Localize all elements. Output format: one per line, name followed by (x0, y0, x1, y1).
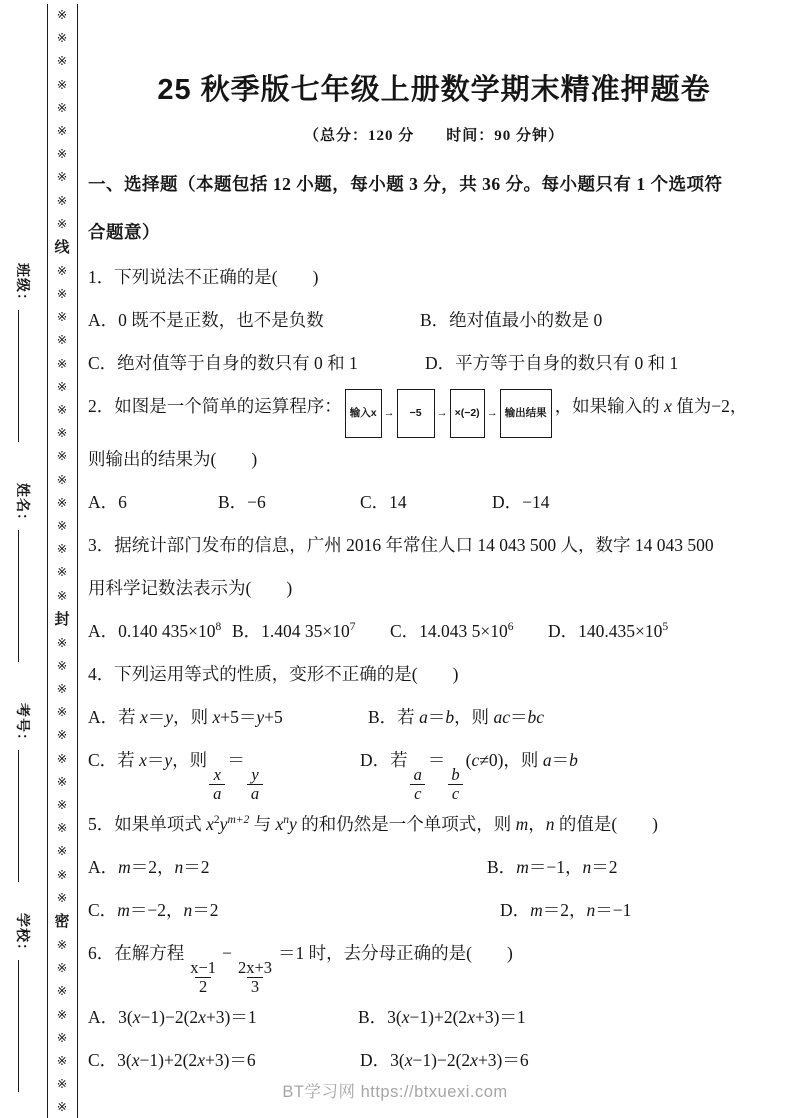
flow-box: ×(−2) (450, 389, 485, 438)
seal-word: 线 (54, 236, 69, 260)
text-run: ＝ (428, 707, 446, 727)
q2-option-d: D．−14 (492, 481, 550, 524)
text-run: B．3( (358, 1007, 402, 1027)
fraction-numerator: x (210, 766, 225, 784)
math-variable: ac (493, 707, 510, 727)
text-run: B． (487, 857, 516, 877)
seal-mark: ※ (57, 329, 67, 352)
seal-mark: ※ (57, 27, 67, 50)
content: 25 秋季版七年级上册数学期末精准押题卷 （总分：120 分 时间：90 分钟）… (88, 0, 780, 1082)
footer-url: https://btxuexi.com (361, 1083, 508, 1101)
seal-mark: ※ (57, 957, 67, 980)
seal-strip: ※※※※※※※※※※线※※※※※※※※※※※※※※※封※※※※※※※※※※※※密… (48, 4, 76, 1118)
q6-options-ab: A．3(x−1)−2(2x+3)＝1 B．3(x−1)+2(2x+3)＝1 (88, 996, 780, 1039)
seal-mark: ※ (57, 561, 67, 584)
seal-mark: ※ (57, 1004, 67, 1027)
program-flow-diagram: 输入x→−5→×(−2)→输出结果 (345, 389, 552, 438)
text-run: ＝2， (131, 857, 175, 877)
math-variable: m (516, 814, 529, 834)
section-heading: 一、选择题（本题包括 12 小题，每小题 3 分，共 36 分。每小题只有 1 … (88, 160, 780, 256)
math-variable: x (139, 750, 147, 770)
math-variable: n (582, 857, 591, 877)
q1-options-cd: C．绝对值等于自身的数只有 0 和 1 D．平方等于自身的数只有 0 和 1 (88, 342, 780, 385)
seal-mark: ※ (57, 213, 67, 236)
seal-mark: ※ (57, 4, 67, 27)
fraction: bc (447, 766, 463, 803)
text-run: ， (528, 814, 546, 834)
q6-option-d: D．3(x−1)−2(2x+3)＝6 (360, 1039, 529, 1082)
field-examno-label: 考号： (14, 703, 29, 748)
superscript: 6 (508, 621, 514, 633)
math-variable: x (206, 814, 214, 834)
q5-stem: 5．如果单项式 x2ym+2 与 xny 的和仍然是一个单项式，则 m，n 的值… (88, 803, 780, 846)
text-run: A． (88, 857, 118, 877)
text-run: B．若 (368, 707, 419, 727)
fraction-numerator: a (410, 766, 426, 784)
field-examno: 考号： (9, 703, 33, 911)
q3-option-d: D．140.435×105 (548, 610, 668, 653)
seal-mark: ※ (57, 771, 67, 794)
math-variable: y (256, 707, 264, 727)
text-run: 的值是( ) (554, 814, 658, 834)
text-run: D． (500, 900, 530, 920)
q5-option-a: A．m＝2，n＝2 (88, 846, 487, 889)
math-variable: x (467, 1007, 475, 1027)
q4-option-a: A．若 x＝y，则 x+5＝y+5 (88, 696, 368, 739)
seal-word: 密 (54, 910, 69, 934)
fraction: ac (410, 766, 426, 803)
math-variable: x (132, 1050, 140, 1070)
field-class-label: 班级： (14, 263, 29, 308)
math-variable: m (118, 857, 131, 877)
seal-mark: ※ (57, 260, 67, 283)
text-run: ＝ (428, 750, 446, 770)
superscript: m+2 (227, 814, 249, 826)
flow-arrow-icon: → (384, 392, 395, 435)
text-run: ，如果输入的 (555, 396, 664, 416)
page-title: 25 秋季版七年级上册数学期末精准押题卷 (88, 70, 780, 111)
flow-box: −5 (397, 389, 435, 438)
text-run: ＝2 (591, 857, 617, 877)
fraction-denominator: a (247, 784, 263, 803)
seal-mark: ※ (57, 1027, 67, 1050)
fraction-denominator: c (448, 784, 463, 803)
seal-mark: ※ (57, 864, 67, 887)
text-run: ＝ (227, 750, 245, 770)
class-blank-line (18, 310, 30, 442)
text-run: ＝−2， (130, 900, 184, 920)
q3-stem-line1: 3．据统计部门发布的信息，广州 2016 年常住人口 14 043 500 人，… (88, 524, 780, 567)
text-run: ＝2 (192, 900, 218, 920)
q5-options-ab: A．m＝2，n＝2 B．m＝−1，n＝2 (88, 846, 780, 889)
superscript: 5 (662, 621, 668, 633)
q4-option-c: C．若 x＝y，则xa＝ya (88, 739, 360, 803)
seal-mark: ※ (57, 143, 67, 166)
q6-option-a: A．3(x−1)−2(2x+3)＝1 (88, 996, 358, 1039)
text-run: ＝ (147, 750, 165, 770)
fraction-denominator: 3 (247, 977, 263, 996)
q2-stem-line1: 2．如图是一个简单的运算程序：输入x→−5→×(−2)→输出结果，如果输入的 x… (88, 385, 780, 438)
text-run: ，则 (173, 707, 212, 727)
seal-word: 封 (54, 608, 69, 632)
text-run: 值为−2， (672, 396, 748, 416)
text-run: C．若 (88, 750, 139, 770)
q5-option-d: D．m＝2，n＝−1 (500, 889, 631, 932)
q6-option-b: B．3(x−1)+2(2x+3)＝1 (358, 996, 526, 1039)
footer-watermark: BT学习网 https://btxuexi.com (0, 1078, 790, 1102)
text-run: D．140.435×10 (548, 621, 662, 641)
seal-mark: ※ (57, 887, 67, 910)
math-variable: x (664, 396, 672, 416)
fraction-numerator: x−1 (186, 959, 220, 977)
text-run: C．3( (88, 1050, 132, 1070)
fraction-numerator: 2x+3 (234, 959, 276, 977)
text-run: 5．如果单项式 (88, 814, 206, 834)
q4-stem: 4．下列运用等式的性质，变形不正确的是( ) (88, 653, 780, 696)
seal-mark: ※ (57, 166, 67, 189)
text-run: +5 (264, 707, 283, 727)
seal-mark: ※ (57, 492, 67, 515)
seal-mark: ※ (57, 701, 67, 724)
text-run: C． (88, 900, 117, 920)
flow-box: 输出结果 (500, 389, 552, 438)
text-run: +3)＝1 (206, 1007, 257, 1027)
text-run: 的和仍然是一个单项式，则 (297, 814, 516, 834)
seal-mark: ※ (57, 469, 67, 492)
q1-options-ab: A．0 既不是正数，也不是负数 B．绝对值最小的数是 0 (88, 299, 780, 342)
q2-option-b: B．−6 (218, 481, 360, 524)
q2-option-a: A．6 (88, 481, 218, 524)
q1-option-c: C．绝对值等于自身的数只有 0 和 1 (88, 342, 425, 385)
field-class: 班级： (9, 263, 33, 471)
seal-mark: ※ (57, 632, 67, 655)
q3-options: A．0.140 435×108 B．1.404 35×107 C．14.043 … (88, 610, 780, 653)
text-run: +3)＝6 (478, 1050, 529, 1070)
examno-blank-line (18, 750, 30, 882)
math-variable: m (530, 900, 543, 920)
name-blank-line (18, 530, 30, 662)
math-variable: x (402, 1007, 410, 1027)
text-run: D．3( (360, 1050, 405, 1070)
q4-option-b: B．若 a＝b，则 ac＝bc (368, 696, 544, 739)
fraction: 2x+33 (234, 959, 276, 996)
flow-box: 输入x (345, 389, 382, 438)
seal-mark: ※ (57, 748, 67, 771)
q1-option-a: A．0 既不是正数，也不是负数 (88, 299, 420, 342)
seal-mark: ※ (57, 50, 67, 73)
math-variable: x (198, 1007, 206, 1027)
math-variable: x (470, 1050, 478, 1070)
seal-mark: ※ (57, 422, 67, 445)
text-run: 与 (249, 814, 275, 834)
text-run: ＝−1 (595, 900, 631, 920)
text-run: ＝2， (543, 900, 587, 920)
field-name-label: 姓名： (14, 483, 29, 528)
math-variable: x (133, 1007, 141, 1027)
text-run: 2．如图是一个简单的运算程序： (88, 396, 342, 416)
text-run: +3)＝6 (205, 1050, 256, 1070)
text-run: A．0.140 435×10 (88, 621, 216, 641)
text-run: A．若 (88, 707, 140, 727)
q3-stem-line2: 用科学记数法表示为( ) (88, 567, 780, 610)
seal-mark: ※ (57, 190, 67, 213)
fraction-denominator: a (209, 784, 225, 803)
math-variable: m (117, 900, 130, 920)
math-variable: b (445, 707, 454, 727)
text-run: 6．在解方程 (88, 943, 184, 963)
seal-mark: ※ (57, 306, 67, 329)
math-variable: y (165, 707, 173, 727)
score-time-subtitle: （总分：120 分 时间：90 分钟） (88, 124, 780, 145)
superscript: 7 (350, 621, 356, 633)
text-run: +3)＝1 (475, 1007, 526, 1027)
text-run: ＝1 时，去分母正确的是( ) (278, 943, 513, 963)
fraction: xa (209, 766, 225, 803)
seal-mark: ※ (57, 840, 67, 863)
text-run: ≠0)，则 (479, 750, 543, 770)
seal-mark: ※ (57, 120, 67, 143)
math-variable: n (183, 900, 192, 920)
math-variable: a (543, 750, 552, 770)
fraction-denominator: c (410, 784, 425, 803)
school-blank-line (18, 960, 30, 1092)
math-variable: m (516, 857, 529, 877)
fraction: x−12 (186, 959, 220, 996)
math-variable: x (197, 1050, 205, 1070)
q3-option-b: B．1.404 35×107 (232, 610, 390, 653)
text-run: C．14.043 5×10 (390, 621, 508, 641)
math-variable: n (587, 900, 596, 920)
text-run: ＝−1， (529, 857, 583, 877)
q6-stem: 6．在解方程x−12−2x+33＝1 时，去分母正确的是( ) (88, 932, 780, 996)
math-variable: x (405, 1050, 413, 1070)
text-run: ，则 (454, 707, 493, 727)
q5-option-b: B．m＝−1，n＝2 (487, 846, 617, 889)
seal-mark: ※ (57, 399, 67, 422)
field-name: 姓名： (9, 483, 33, 691)
text-run: B．1.404 35×10 (232, 621, 350, 641)
fraction-numerator: y (247, 766, 262, 784)
text-run: − (222, 943, 232, 963)
q2-option-c: C．14 (360, 481, 492, 524)
q4-options-ab: A．若 x＝y，则 x+5＝y+5 B．若 a＝b，则 ac＝bc (88, 696, 780, 739)
text-run: ＝2 (183, 857, 209, 877)
seal-mark: ※ (57, 817, 67, 840)
exam-page: 班级： 姓名： 考号： 学校： ※※※※※※※※※※线※※※※※※※※※※※※※… (0, 0, 790, 1118)
q4-option-d: D．若ac＝bc(c≠0)，则 a＝b (360, 739, 578, 803)
q2-options: A．6 B．−6 C．14 D．−14 (88, 481, 780, 524)
fraction: ya (247, 766, 263, 803)
seal-mark: ※ (57, 376, 67, 399)
math-variable: y (289, 814, 297, 834)
seal-mark: ※ (57, 980, 67, 1003)
q1-stem: 1．下列说法不正确的是( ) (88, 256, 780, 299)
q6-options-cd: C．3(x−1)+2(2x+3)＝6 D．3(x−1)−2(2x+3)＝6 (88, 1039, 780, 1082)
seal-mark: ※ (57, 794, 67, 817)
math-variable: y (164, 750, 172, 770)
text-run: +5＝ (220, 707, 256, 727)
fraction-denominator: 2 (195, 977, 211, 996)
seal-mark: ※ (57, 655, 67, 678)
field-school-label: 学校： (14, 913, 29, 958)
seal-mark: ※ (57, 515, 67, 538)
q5-option-c: C．m＝−2，n＝2 (88, 889, 500, 932)
text-run: D．若 (360, 750, 408, 770)
seal-mark: ※ (57, 353, 67, 376)
q1-option-b: B．绝对值最小的数是 0 (420, 299, 602, 342)
text-run: ＝ (148, 707, 166, 727)
q2-stem-line2: 则输出的结果为( ) (88, 438, 780, 481)
seal-mark: ※ (57, 283, 67, 306)
text-run: −1)+2(2 (410, 1007, 468, 1027)
seal-mark: ※ (57, 538, 67, 561)
seal-mark: ※ (57, 678, 67, 701)
math-variable: n (175, 857, 184, 877)
seal-mark: ※ (57, 934, 67, 957)
seal-mark: ※ (57, 1050, 67, 1073)
seal-mark: ※ (57, 97, 67, 120)
text-run: ，则 (172, 750, 207, 770)
seal-mark: ※ (57, 445, 67, 468)
section-heading-line2: 合题意） (88, 222, 160, 242)
q1-option-d: D．平方等于自身的数只有 0 和 1 (425, 342, 678, 385)
section-heading-line1: 一、选择题（本题包括 12 小题，每小题 3 分，共 36 分。每小题只有 1 … (88, 174, 723, 194)
seal-mark: ※ (57, 724, 67, 747)
q6-option-c: C．3(x−1)+2(2x+3)＝6 (88, 1039, 360, 1082)
q4-options-cd: C．若 x＝y，则xa＝ya D．若ac＝bc(c≠0)，则 a＝b (88, 739, 780, 803)
text-run: −1)+2(2 (140, 1050, 198, 1070)
text-run: ＝ (510, 707, 528, 727)
text-run: −1)−2(2 (141, 1007, 199, 1027)
q3-option-a: A．0.140 435×108 (88, 610, 232, 653)
seal-mark: ※ (57, 74, 67, 97)
text-run: ＝ (552, 750, 570, 770)
math-variable: a (419, 707, 428, 727)
q5-options-cd: C．m＝−2，n＝2 D．m＝2，n＝−1 (88, 889, 780, 932)
q3-option-c: C．14.043 5×106 (390, 610, 548, 653)
text-run: −1)−2(2 (413, 1050, 471, 1070)
seal-mark: ※ (57, 585, 67, 608)
flow-arrow-icon: → (487, 392, 498, 435)
math-variable: bc (527, 707, 544, 727)
superscript: 8 (216, 621, 222, 633)
footer-site-name: BT学习网 (282, 1083, 355, 1101)
flow-arrow-icon: → (437, 392, 448, 435)
seal-rule-right (77, 4, 78, 1118)
text-run: A．3( (88, 1007, 133, 1027)
math-variable: x (140, 707, 148, 727)
fraction-numerator: b (447, 766, 463, 784)
math-variable: b (569, 750, 578, 770)
